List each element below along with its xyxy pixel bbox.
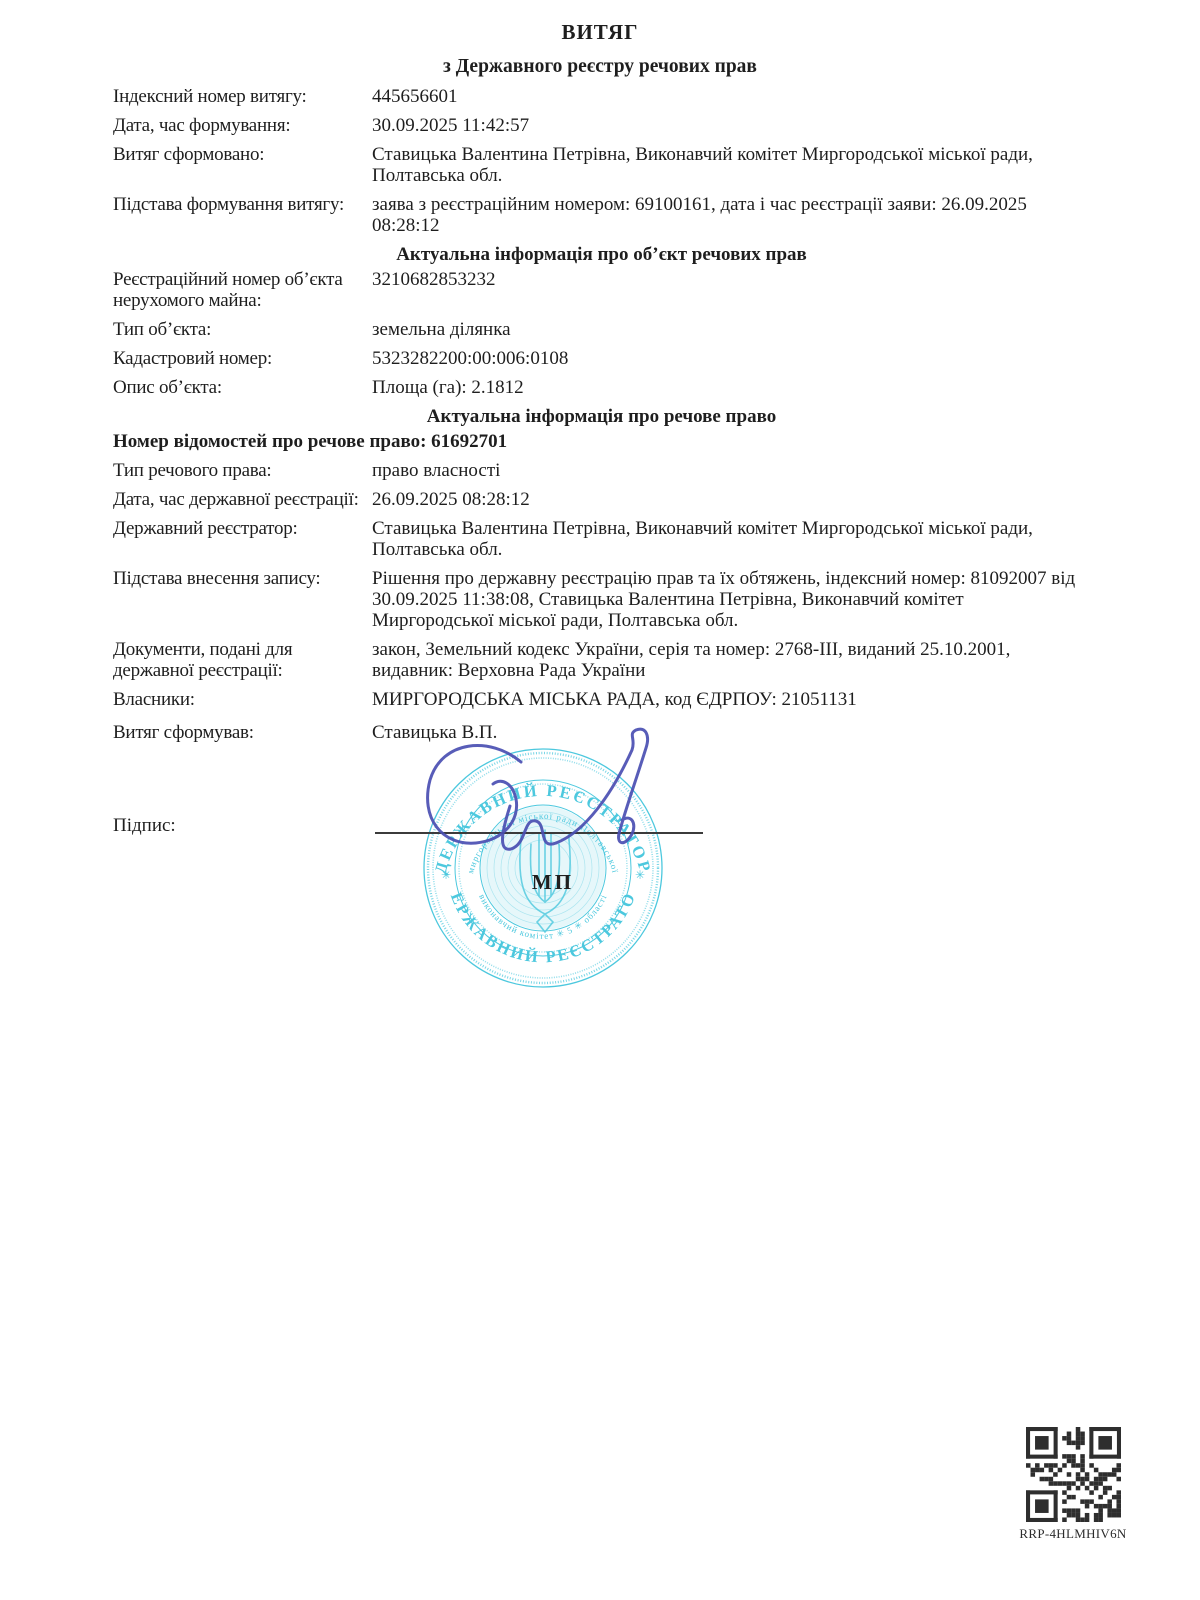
field-row: Дата, час формування:30.09.2025 11:42:57 [113,115,1090,136]
field-value: МИРГОРОДСЬКА МІСЬКА РАДА, код ЄДРПОУ: 21… [372,689,1090,710]
field-value: право власності [372,460,1090,481]
field-label: Реєстраційний номер об’єкта нерухомого м… [113,269,372,311]
field-row: Реєстраційний номер об’єкта нерухомого м… [113,269,1090,311]
field-label: Підстава формування витягу: [113,194,372,236]
section-heading: Актуальна інформація про об’єкт речових … [113,244,1090,265]
field-label: Індексний номер витягу: [113,86,372,107]
field-value: заява з реєстраційним номером: 69100161,… [372,194,1090,236]
field-value: 445656601 [372,86,1090,107]
field-row: Підстава внесення запису:Рішення про дер… [113,568,1090,631]
field-value: земельна ділянка [372,319,1090,340]
section-heading: Актуальна інформація про речове право [113,406,1090,427]
field-row: Кадастровий номер:5323282200:00:006:0108 [113,348,1090,369]
field-value: закон, Земельний кодекс України, серія т… [372,639,1090,681]
field-row: Тип об’єкта:земельна ділянка [113,319,1090,340]
field-value: 3210682853232 [372,269,1090,311]
page-title: ВИТЯГ [0,0,1200,44]
field-label: Опис об’єкта: [113,377,372,398]
field-label: Тип об’єкта: [113,319,372,340]
field-row: Витяг сформовано:Ставицька Валентина Пет… [113,144,1090,186]
handwritten-signature [380,722,710,902]
field-row: Індексний номер витягу:445656601 [113,86,1090,107]
page-subtitle: з Державного реєстру речових прав [0,55,1200,78]
signature-label: Підпис: [113,815,176,836]
field-label: Документи, подані для державної реєстрац… [113,639,372,681]
field-label: Підстава внесення запису: [113,568,372,631]
field-row: Опис об’єкта:Площа (га): 2.1812 [113,377,1090,398]
field-label: Витяг сформовано: [113,144,372,186]
document-body: Індексний номер витягу:445656601Дата, ча… [113,86,1090,718]
field-label: Власники: [113,689,372,710]
field-label: Кадастровий номер: [113,348,372,369]
field-label: Дата, час формування: [113,115,372,136]
field-value: Площа (га): 2.1812 [372,377,1090,398]
field-value: 30.09.2025 11:42:57 [372,115,1090,136]
field-label: Державний реєстратор: [113,518,372,560]
field-value: Ставицька Валентина Петрівна, Виконавчий… [372,144,1090,186]
qr-code [1026,1427,1121,1522]
qr-code-label: RRP-4HLMHIV6N [983,1526,1163,1542]
field-row: Документи, подані для державної реєстрац… [113,639,1090,681]
field-row: Тип речового права:право власності [113,460,1090,481]
field-row: Дата, час державної реєстрації:26.09.202… [113,489,1090,510]
field-value: 26.09.2025 08:28:12 [372,489,1090,510]
record-number-line: Номер відомостей про речове право: 61692… [113,431,1090,452]
field-row: Державний реєстратор:Ставицька Валентина… [113,518,1090,560]
field-value: Ставицька Валентина Петрівна, Виконавчий… [372,518,1090,560]
field-label: Тип речового права: [113,460,372,481]
document-page: ВИТЯГ з Державного реєстру речових прав … [0,0,1200,1600]
field-value: 5323282200:00:006:0108 [372,348,1090,369]
field-label: Дата, час державної реєстрації: [113,489,372,510]
field-row: Підстава формування витягу:заява з реєст… [113,194,1090,236]
field-label: Витяг сформував: [113,722,372,743]
field-row: Власники:МИРГОРОДСЬКА МІСЬКА РАДА, код Є… [113,689,1090,710]
field-value: Рішення про державну реєстрацію прав та … [372,568,1090,631]
